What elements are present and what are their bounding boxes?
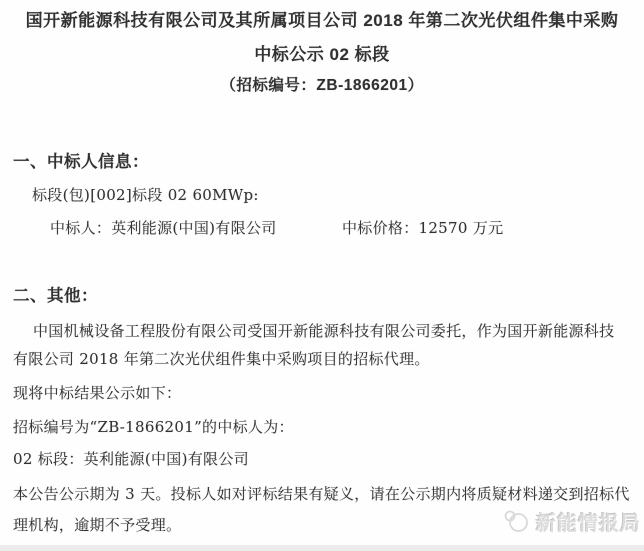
winner-price-value: 中标价格：12570 万元 bbox=[342, 221, 503, 236]
publicity-notice-line2: 理机构，逾期不予受理。 bbox=[13, 518, 181, 533]
section-winner-info-heading: 一、中标人信息： bbox=[13, 154, 149, 171]
agency-paragraph-line2: 有限公司 2018 年第二次光伏组件集中采购项目的招标代理。 bbox=[13, 352, 430, 367]
announce-result-line: 现将中标结果公示如下： bbox=[13, 386, 181, 401]
doc-title-line2: 中标公示 02 标段 bbox=[0, 46, 644, 63]
agency-paragraph-line1: 中国机械设备工程股份有限公司受国开新能源科技有限公司委托，作为国开新能源科技 bbox=[33, 324, 614, 339]
doc-bid-number-subtitle: （招标编号：ZB-1866201） bbox=[0, 78, 644, 94]
watermark: 新能情报局 bbox=[502, 507, 641, 536]
announcement-document: 国开新能源科技有限公司及其所属项目公司 2018 年第二次光伏组件集中采购 中标… bbox=[0, 0, 644, 551]
page-bottom-edge bbox=[0, 545, 644, 551]
section-other-heading: 二、其他： bbox=[13, 288, 98, 305]
winner-name-value: 中标人：英利能源(中国)有限公司 bbox=[50, 221, 277, 236]
bid-number-winner-line: 招标编号为“ZB-1866201”的中标人为： bbox=[13, 420, 294, 435]
lot-winner-line: 02 标段：英利能源(中国)有限公司 bbox=[13, 452, 249, 467]
watermark-label: 新能情报局 bbox=[536, 507, 641, 536]
publicity-notice-line1: 本公告公示期为 3 天。投标人如对评标结果有疑义，请在公示期内将质疑材料递交到招… bbox=[13, 487, 630, 502]
doc-title-line1: 国开新能源科技有限公司及其所属项目公司 2018 年第二次光伏组件集中采购 bbox=[0, 12, 644, 29]
circle-logo-icon bbox=[502, 508, 529, 535]
lot-description-line: 标段(包)[002]标段 02 60MWp: bbox=[32, 188, 259, 203]
